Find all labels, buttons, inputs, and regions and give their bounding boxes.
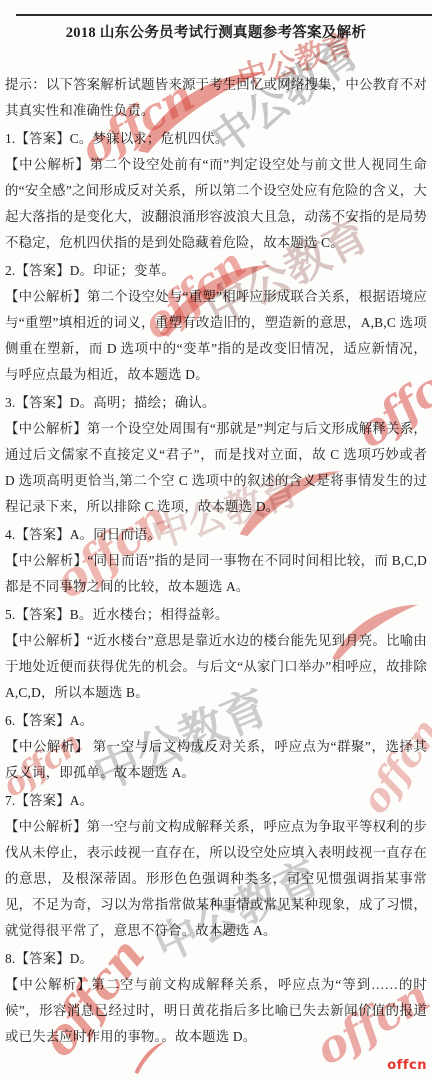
question-block: 6.【答案】A。 【中公解析】 第一空与后文构成反对关系，呼应点为“群聚”，选择… [5, 708, 427, 786]
question-block: 4.【答案】A。同日而语。 【中公解析】“同日而语”指的是同一事物在不同时间相比… [5, 522, 427, 600]
question-block: 7.【答案】A。 【中公解析】第一空与前文构成解释关系，呼应点为争取平等权利的步… [5, 788, 427, 944]
analysis-paragraph: 【中公解析】第一空与前文构成解释关系，呼应点为争取平等权利的步伐从未停止，表示歧… [5, 814, 427, 944]
question-block: 8.【答案】D。 【中公解析】第二空与前文构成解释关系，呼应点为“等到……的时候… [5, 946, 427, 1050]
analysis-paragraph: 【中公解析】第二个设空处前有“而”判定设空处与前文世人视同生命的“安全感”之间形… [5, 152, 427, 256]
question-block: 1.【答案】C。梦寐以求；危机四伏。 【中公解析】第二个设空处前有“而”判定设空… [5, 126, 427, 256]
answer-line: 5.【答案】B。近水楼台；相得益彰。 [5, 602, 427, 628]
offcn-logo: offcn [387, 1058, 427, 1073]
question-block: 3.【答案】D。高明；描绘；确认。 【中公解析】第一个设空处周围有“那就是”判定… [5, 390, 427, 520]
document-page: 中公教育 中公教育 中公教育 中公教育 中公教育 2018 山东公务员考试行测真… [0, 0, 432, 1080]
answer-line: 2.【答案】D。印证；变革。 [5, 258, 427, 284]
analysis-paragraph: 【中公解析】 第一空与后文构成反对关系，呼应点为“群聚”，选择其反义词，即孤单。… [5, 734, 427, 786]
question-block: 2.【答案】D。印证；变革。 【中公解析】第二个设空处与“重塑”相呼应形成联合关… [5, 258, 427, 388]
answer-line: 6.【答案】A。 [5, 708, 427, 734]
page-title: 2018 山东公务员考试行测真题参考答案及解析 [0, 21, 432, 42]
answer-line: 1.【答案】C。梦寐以求；危机四伏。 [5, 126, 427, 152]
answer-line: 8.【答案】D。 [5, 946, 427, 972]
answer-line: 4.【答案】A。同日而语。 [5, 522, 427, 548]
header-rule [16, 14, 432, 16]
analysis-paragraph: 【中公解析】第二空与前文构成解释关系，呼应点为“等到……的时候”，形容消息已经过… [5, 972, 427, 1050]
analysis-paragraph: 【中公解析】第二个设空处与“重塑”相呼应形成联合关系，根据语境应与“重塑”填相近… [5, 284, 427, 388]
document-body: 提示：以下答案解析试题皆来源于考生回忆或网络搜集，中公教育不对其真实性和准确性负… [5, 72, 427, 1050]
question-block: 5.【答案】B。近水楼台；相得益彰。 【中公解析】“近水楼台”意思是靠近水边的楼… [5, 602, 427, 706]
notice-text: 提示：以下答案解析试题皆来源于考生回忆或网络搜集，中公教育不对其真实性和准确性负… [5, 72, 427, 124]
answer-line: 3.【答案】D。高明；描绘；确认。 [5, 390, 427, 416]
analysis-paragraph: 【中公解析】第一个设空处周围有“那就是”判定与后文形成解释关系，通过后文儒家不直… [5, 416, 427, 520]
analysis-paragraph: 【中公解析】“同日而语”指的是同一事物在不同时间相比较，而 B,C,D 都是不同… [5, 548, 427, 600]
answer-line: 7.【答案】A。 [5, 788, 427, 814]
analysis-paragraph: 【中公解析】“近水楼台”意思是靠近水边的楼台能先见到月亮。比喻由于地处近便而获得… [5, 628, 427, 706]
